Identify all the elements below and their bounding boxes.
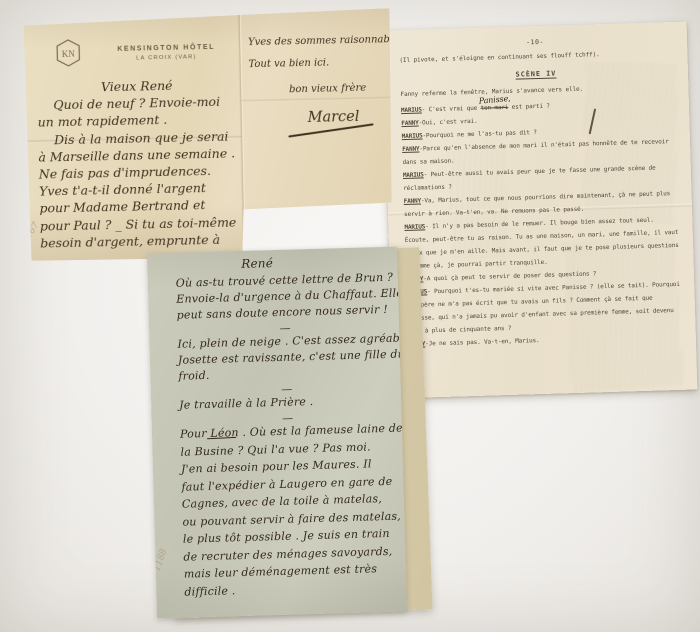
handwritten-line: bon vieux frère — [249, 82, 390, 111]
speaker-name: FANNY — [401, 120, 419, 128]
dialogue-text: - Pourquoi t'es-tu mariée si vite avec P… — [407, 281, 680, 335]
speaker-name: MARIUS — [402, 132, 423, 140]
dialogue-text: est parti ? — [508, 103, 550, 111]
dialogue-line: MARIUS- Il n'y a pas besoin de le remuer… — [404, 213, 681, 273]
speaker-name: FANNY — [402, 146, 420, 154]
speaker-name: MARIUS — [401, 106, 422, 114]
handwritten-correction: Panisse, — [478, 92, 511, 108]
letterhead: KENSINGTON HÔTEL LA CROIX (VAR) — [108, 44, 224, 62]
speaker-name: FANNY — [404, 198, 422, 206]
speaker-name: MARIUS — [403, 171, 424, 179]
dialogue-text: -Pourquoi ne me l'as-tu pas dit ? — [422, 129, 536, 139]
page-number: -10- — [383, 34, 687, 51]
typed-script-page: -10- (Il pivote, et s'éloigne en continu… — [383, 22, 698, 399]
corrected-text: ton mariPanisse, — [480, 101, 508, 115]
stage-direction: (Il pivote, et s'éloigne en continuant s… — [399, 49, 673, 64]
hotel-name: KENSINGTON HÔTEL — [108, 44, 224, 53]
dialogue-text: -Oui, c'est vrai. — [419, 118, 478, 127]
dialogue-line: MARIUS- Pourquoi t'es-tu mariée si vite … — [406, 278, 683, 338]
dialogue-text: - Il n'y a pas besoin de le remuer. Il b… — [405, 217, 679, 270]
handwritten-line: Tout va bien ici. — [248, 56, 389, 85]
dialogue-text: - C'est vrai que — [422, 105, 481, 114]
hotel-monogram-icon: KN — [56, 39, 81, 67]
photo-background: -10- (Il pivote, et s'éloigne en continu… — [0, 0, 700, 632]
dialogue-text: -Je ne sais pas. Va-t-en, Marius. — [425, 337, 539, 347]
letter-left-page: Vieux René Quoi de neuf ? Envoie-moi un … — [37, 75, 243, 251]
dialogue-block: MARIUS- C'est vrai que ton mariPanisse, … — [401, 96, 684, 351]
letter-body: René Où as-tu trouvé cette lettre de Bru… — [175, 253, 401, 603]
hotel-letter: KN KENSINGTON HÔTEL LA CROIX (VAR) Vieux… — [23, 8, 394, 262]
handwritten-line: Yves des sommes raisonnables — [248, 34, 388, 59]
green-letter: René Où as-tu trouvé cette lettre de Bru… — [147, 247, 407, 619]
speaker-name: MARIUS — [404, 223, 425, 231]
letter-right-page: Yves des sommes raisonnables Tout va bie… — [248, 34, 390, 133]
svg-text:KN: KN — [62, 49, 76, 59]
